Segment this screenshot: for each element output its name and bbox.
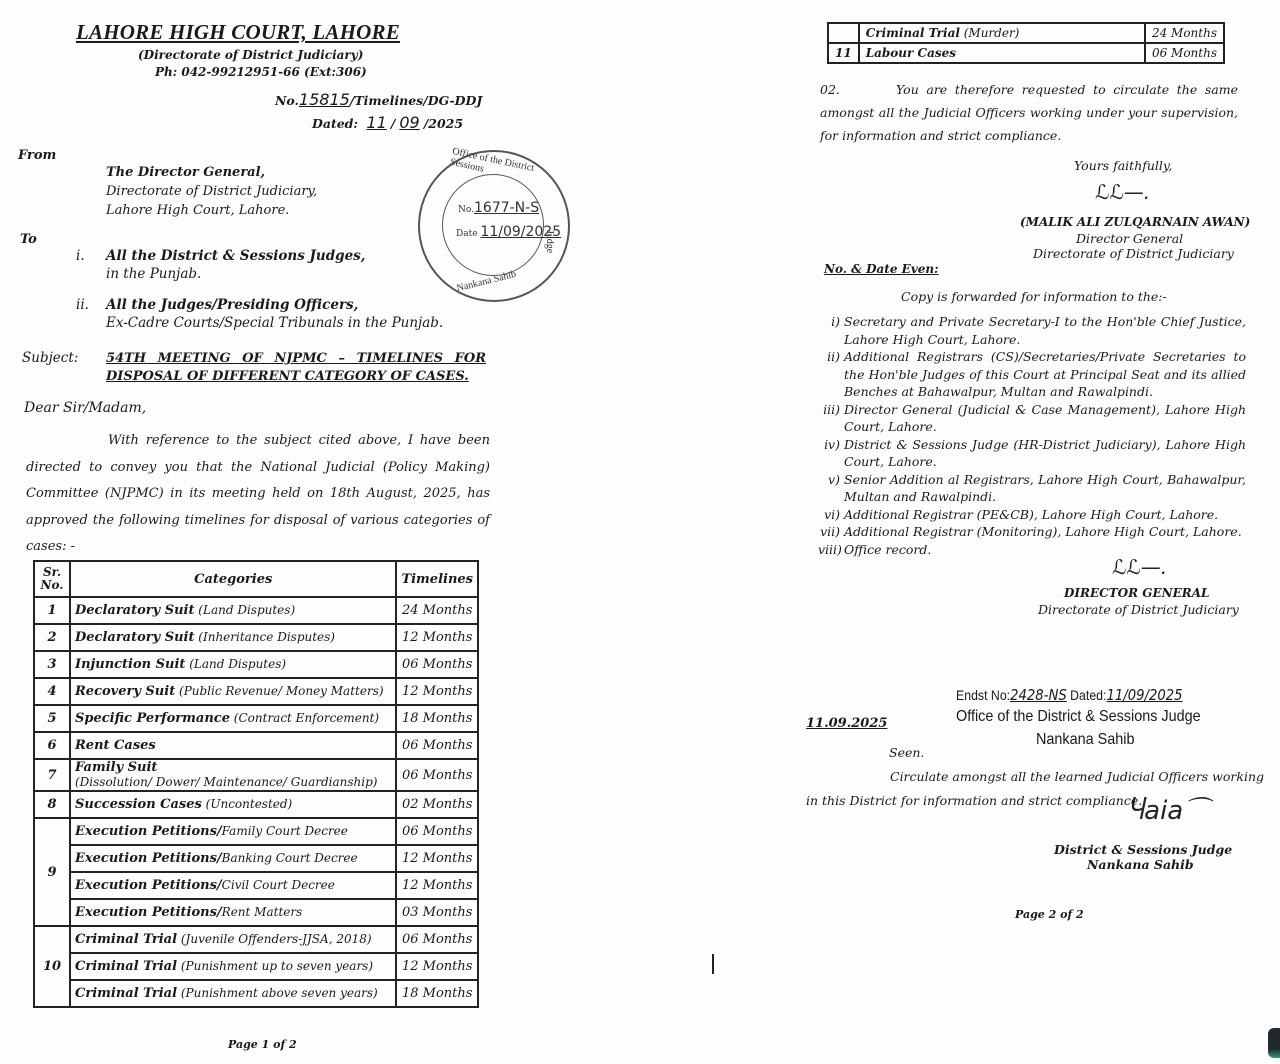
copy-recipient-text: District & Sessions Judge (HR-District J… bbox=[844, 437, 1246, 470]
category-main: Succession Cases bbox=[75, 797, 202, 812]
document-page-1: LAHORE HIGH COURT, LAHORE (Directorate o… bbox=[0, 0, 640, 1064]
table-row: 8Succession Cases (Uncontested)02 Months bbox=[34, 791, 478, 818]
category-main: Execution Petitions/ bbox=[75, 905, 222, 920]
stamp-number-value: 1677-N-S bbox=[474, 200, 539, 216]
reference-suffix: /Timelines/DG-DDJ bbox=[350, 93, 482, 108]
copy-recipient-text: Senior Addition al Registrars, Lahore Hi… bbox=[844, 472, 1246, 505]
row-serial: 5 bbox=[34, 705, 70, 732]
copy-recipient-text: Office record. bbox=[844, 542, 931, 557]
header-sr-no: Sr. No. bbox=[34, 561, 70, 597]
copy-recipient-text: Additional Registrar (Monitoring), Lahor… bbox=[844, 524, 1242, 539]
copy-recipient: v)Senior Addition al Registrars, Lahore … bbox=[818, 471, 1246, 506]
copy-recipient-number: iv) bbox=[818, 436, 840, 454]
category-qualifier: (Inheritance Disputes) bbox=[194, 630, 335, 644]
header-timelines: Timelines bbox=[396, 561, 478, 597]
row-serial: 3 bbox=[34, 651, 70, 678]
recipient-line: Ex-Cadre Courts/Special Tribunals in the… bbox=[106, 314, 443, 332]
category-main: Injunction Suit bbox=[75, 657, 185, 672]
row-timeline: 18 Months bbox=[396, 705, 478, 732]
row-timeline: 06 Months bbox=[396, 651, 478, 678]
row-category: Execution Petitions/Rent Matters bbox=[70, 899, 396, 926]
category-main: Specific Performance bbox=[75, 711, 230, 726]
copy-recipient-number: ii) bbox=[818, 348, 840, 366]
row-serial: 8 bbox=[34, 791, 70, 818]
category-qualifier: (Juvenile Offenders-JJSA, 2018) bbox=[177, 932, 372, 946]
copy-recipient-text: Additional Registrar (PE&CB), Lahore Hig… bbox=[844, 507, 1218, 522]
letter-date: Dated: 11/09/2025 bbox=[312, 113, 463, 132]
row-serial bbox=[828, 23, 859, 43]
endst-dated-value: 11/09/2025 bbox=[1106, 686, 1182, 704]
table-row: Criminal Trial (Murder)24 Months bbox=[828, 23, 1224, 43]
category-qualifier: (Murder) bbox=[960, 26, 1019, 40]
category-qualifier: (Land Disputes) bbox=[185, 657, 286, 671]
signature-sessions-judge: Ⴗaia⌒ bbox=[1128, 790, 1209, 827]
from-label: From bbox=[18, 148, 56, 163]
paragraph-number: 02. bbox=[820, 78, 896, 101]
table-header-row: Sr. No. Categories Timelines bbox=[34, 561, 478, 597]
category-main: Rent Cases bbox=[75, 738, 156, 753]
copy-recipient: ii)Additional Registrars (CS)/Secretarie… bbox=[818, 348, 1246, 401]
from-line: Directorate of District Judiciary, bbox=[106, 182, 317, 201]
endorsement-office-place: Nankana Sahib bbox=[1036, 731, 1134, 749]
page-number: Page 2 of 2 bbox=[1015, 908, 1084, 921]
recipient-item: i. All the District & Sessions Judges, i… bbox=[106, 247, 366, 283]
row-serial: 6 bbox=[34, 732, 70, 759]
copy-recipient-number: viii) bbox=[818, 541, 840, 559]
category-qualifier: (Dissolution/ Dower/ Maintenance/ Guardi… bbox=[75, 775, 377, 789]
reference-prefix: No. bbox=[275, 93, 299, 108]
endst-label: Endst No: bbox=[956, 687, 1010, 703]
signer-title: District & Sessions Judge bbox=[1054, 842, 1232, 857]
table-row: 1Declaratory Suit (Land Disputes)24 Mont… bbox=[34, 597, 478, 624]
copy-recipient: vii)Additional Registrar (Monitoring), L… bbox=[818, 523, 1246, 541]
table-row: 3Injunction Suit (Land Disputes)06 Month… bbox=[34, 651, 478, 678]
row-category: Injunction Suit (Land Disputes) bbox=[70, 651, 396, 678]
copy-recipient-number: vii) bbox=[818, 523, 840, 541]
category-qualifier: Family Court Decree bbox=[222, 824, 348, 838]
header-categories: Categories bbox=[70, 561, 396, 597]
recipient-number: ii. bbox=[76, 296, 89, 314]
category-main: Execution Petitions/ bbox=[75, 878, 222, 893]
endorsement-seen: Seen. bbox=[889, 745, 924, 760]
copy-recipient: viii)Office record. bbox=[818, 541, 1246, 559]
row-category: Execution Petitions/Civil Court Decree bbox=[70, 872, 396, 899]
letterhead-subtitle: (Directorate of District Judiciary) bbox=[138, 48, 363, 62]
row-category: Criminal Trial (Murder) bbox=[859, 23, 1145, 43]
category-qualifier: Civil Court Decree bbox=[222, 878, 335, 892]
endorsement-date: 11.09.2025 bbox=[806, 716, 887, 731]
row-timeline: 12 Months bbox=[396, 624, 478, 651]
row-timeline: 06 Months bbox=[1145, 43, 1224, 63]
row-timeline: 12 Months bbox=[396, 845, 478, 872]
category-qualifier: (Punishment up to seven years) bbox=[177, 959, 373, 973]
row-timeline: 03 Months bbox=[396, 899, 478, 926]
row-serial: 1 bbox=[34, 597, 70, 624]
row-timeline: 12 Months bbox=[396, 678, 478, 705]
row-category: Criminal Trial (Punishment up to seven y… bbox=[70, 953, 396, 980]
signature-director-general-2: ℒℒ—. bbox=[1112, 555, 1167, 579]
table-row: 11Labour Cases06 Months bbox=[828, 43, 1224, 63]
table-row: 7Family Suit(Dissolution/ Dower/ Mainten… bbox=[34, 759, 478, 791]
row-category: Criminal Trial (Juvenile Offenders-JJSA,… bbox=[70, 926, 396, 953]
stamp-number: No.1677-N-S bbox=[458, 200, 539, 216]
row-timeline: 18 Months bbox=[396, 980, 478, 1007]
category-qualifier: Banking Court Decree bbox=[222, 851, 358, 865]
subject-text: 54TH MEETING OF NJPMC – TIMELINES FOR DI… bbox=[106, 350, 486, 386]
row-timeline: 06 Months bbox=[396, 926, 478, 953]
stamp-date: Date 11/09/2025 bbox=[456, 224, 561, 240]
category-qualifier: (Punishment above seven years) bbox=[177, 986, 378, 1000]
to-label: To bbox=[20, 232, 37, 247]
category-main: Execution Petitions/ bbox=[75, 851, 222, 866]
copy-recipient-number: v) bbox=[818, 471, 840, 489]
stamp-date-value: 11/09/2025 bbox=[480, 224, 561, 240]
stamp-date-label: Date bbox=[456, 229, 478, 239]
row-timeline: 06 Months bbox=[396, 759, 478, 791]
copy-recipient-number: i) bbox=[818, 313, 840, 331]
timelines-table: Sr. No. Categories Timelines 1Declarator… bbox=[33, 560, 479, 1008]
endst-value: 2428-NS bbox=[1010, 686, 1067, 704]
from-address: The Director General, Directorate of Dis… bbox=[106, 163, 317, 220]
table-row: 10Criminal Trial (Juvenile Offenders-JJS… bbox=[34, 926, 478, 953]
row-timeline: 12 Months bbox=[396, 953, 478, 980]
copy-recipient: i)Secretary and Private Secretary-I to t… bbox=[818, 313, 1246, 348]
category-qualifier: (Contract Enforcement) bbox=[230, 711, 379, 725]
category-main: Labour Cases bbox=[866, 46, 956, 60]
row-serial: 9 bbox=[34, 818, 70, 926]
letterhead-phone: Ph: 042-99212951-66 (Ext:306) bbox=[155, 65, 367, 79]
row-category: Criminal Trial (Punishment above seven y… bbox=[70, 980, 396, 1007]
row-timeline: 02 Months bbox=[396, 791, 478, 818]
receipt-stamp: Office of the District Sessions Nankana … bbox=[418, 150, 570, 302]
row-timeline: 06 Months bbox=[396, 818, 478, 845]
row-timeline: 24 Months bbox=[1145, 23, 1224, 43]
row-serial: 10 bbox=[34, 926, 70, 1007]
category-main: Criminal Trial bbox=[866, 26, 960, 40]
category-main: Criminal Trial bbox=[75, 986, 177, 1001]
date-day: 11 bbox=[362, 113, 390, 132]
from-line: Lahore High Court, Lahore. bbox=[106, 201, 317, 220]
letterhead-title: LAHORE HIGH COURT, LAHORE bbox=[76, 20, 400, 45]
row-timeline: 12 Months bbox=[396, 872, 478, 899]
row-timeline: 06 Months bbox=[396, 732, 478, 759]
dg-title: DIRECTOR GENERAL bbox=[1064, 586, 1209, 600]
row-category: Rent Cases bbox=[70, 732, 396, 759]
body-paragraph: With reference to the subject cited abov… bbox=[26, 428, 490, 561]
row-category: Labour Cases bbox=[859, 43, 1145, 63]
category-main: Execution Petitions/ bbox=[75, 824, 222, 839]
signer-place: Nankana Sahib bbox=[1087, 857, 1194, 872]
row-category: Succession Cases (Uncontested) bbox=[70, 791, 396, 818]
recipient-line: All the Judges/Presiding Officers, bbox=[106, 296, 443, 314]
table-row: Execution Petitions/Banking Court Decree… bbox=[34, 845, 478, 872]
category-qualifier: Rent Matters bbox=[222, 905, 303, 919]
stamp-number-label: No. bbox=[458, 205, 474, 215]
copy-recipient-text: Additional Registrars (CS)/Secretaries/P… bbox=[844, 349, 1246, 399]
timelines-table-continued-body: Criminal Trial (Murder)24 Months11Labour… bbox=[828, 23, 1224, 63]
category-qualifier: (Public Revenue/ Money Matters) bbox=[175, 684, 383, 698]
copy-recipient: iii)Director General (Judicial & Case Ma… bbox=[818, 401, 1246, 436]
copy-recipients-list: i)Secretary and Private Secretary-I to t… bbox=[818, 313, 1246, 558]
page-number: Page 1 of 2 bbox=[228, 1038, 297, 1051]
category-main: Declaratory Suit bbox=[75, 630, 194, 645]
row-timeline: 24 Months bbox=[396, 597, 478, 624]
row-category: Declaratory Suit (Land Disputes) bbox=[70, 597, 396, 624]
endorsement-office: Office of the District & Sessions Judge bbox=[956, 708, 1201, 726]
row-serial: 7 bbox=[34, 759, 70, 791]
copy-recipient: iv)District & Sessions Judge (HR-Distric… bbox=[818, 436, 1246, 471]
signature-director-general: ℒℒ—. bbox=[1095, 180, 1150, 204]
row-category: Execution Petitions/Family Court Decree bbox=[70, 818, 396, 845]
copy-forward-intro: Copy is forwarded for information to the… bbox=[901, 289, 1167, 304]
paragraph-02: 02.You are therefore requested to circul… bbox=[820, 78, 1238, 147]
row-category: Recovery Suit (Public Revenue/ Money Mat… bbox=[70, 678, 396, 705]
recipient-line: in the Punjab. bbox=[106, 265, 366, 283]
category-main: Criminal Trial bbox=[75, 932, 177, 947]
signatory-organization: Directorate of District Judiciary bbox=[1033, 246, 1234, 261]
timelines-table-continued: Criminal Trial (Murder)24 Months11Labour… bbox=[827, 22, 1225, 64]
dg-organization: Directorate of District Judiciary bbox=[1038, 602, 1239, 617]
table-row: 5Specific Performance (Contract Enforcem… bbox=[34, 705, 478, 732]
date-label: Dated: bbox=[312, 116, 358, 131]
category-main: Declaratory Suit bbox=[75, 603, 194, 618]
category-main: Recovery Suit bbox=[75, 684, 175, 699]
closing: Yours faithfully, bbox=[1074, 158, 1172, 173]
recipient-line: All the District & Sessions Judges, bbox=[106, 247, 366, 265]
table-row: 4Recovery Suit (Public Revenue/ Money Ma… bbox=[34, 678, 478, 705]
no-date-even: No. & Date Even: bbox=[824, 262, 939, 276]
copy-recipient-number: iii) bbox=[818, 401, 840, 419]
reference-number: No.15815/Timelines/DG-DDJ bbox=[275, 90, 482, 109]
copy-recipient-number: vi) bbox=[818, 506, 840, 524]
row-category: Execution Petitions/Banking Court Decree bbox=[70, 845, 396, 872]
timelines-table-body: 1Declaratory Suit (Land Disputes)24 Mont… bbox=[34, 597, 478, 1007]
category-main: Family Suit bbox=[75, 760, 157, 775]
salutation: Dear Sir/Madam, bbox=[24, 400, 146, 416]
table-row: Criminal Trial (Punishment up to seven y… bbox=[34, 953, 478, 980]
row-serial: 11 bbox=[828, 43, 859, 63]
copy-recipient-text: Director General (Judicial & Case Manage… bbox=[844, 402, 1246, 435]
table-row: Execution Petitions/Rent Matters03 Month… bbox=[34, 899, 478, 926]
from-line: The Director General, bbox=[106, 163, 317, 182]
endst-dated-label: Dated: bbox=[1070, 687, 1106, 703]
table-row: Criminal Trial (Punishment above seven y… bbox=[34, 980, 478, 1007]
copy-recipient-text: Secretary and Private Secretary-I to the… bbox=[844, 314, 1246, 347]
endorsement-number: Endst No:2428-NS Dated:11/09/2025 bbox=[956, 686, 1183, 704]
date-month: 09 bbox=[395, 113, 423, 132]
document-page-2: Criminal Trial (Murder)24 Months11Labour… bbox=[640, 0, 1280, 1064]
category-qualifier: (Land Disputes) bbox=[194, 603, 295, 617]
app-badge-icon[interactable] bbox=[1268, 1028, 1280, 1058]
row-category: Specific Performance (Contract Enforceme… bbox=[70, 705, 396, 732]
row-serial: 4 bbox=[34, 678, 70, 705]
signatory-name: (MALIK ALI ZULQARNAIN AWAN) bbox=[1020, 215, 1250, 229]
date-year: /2025 bbox=[424, 116, 463, 131]
category-main: Criminal Trial bbox=[75, 959, 177, 974]
category-qualifier: (Uncontested) bbox=[202, 797, 292, 811]
table-row: 6Rent Cases06 Months bbox=[34, 732, 478, 759]
row-serial: 2 bbox=[34, 624, 70, 651]
signatory-title: Director General bbox=[1076, 231, 1183, 246]
copy-recipient: vi)Additional Registrar (PE&CB), Lahore … bbox=[818, 506, 1246, 524]
subject-label: Subject: bbox=[22, 350, 78, 366]
row-category: Family Suit(Dissolution/ Dower/ Maintena… bbox=[70, 759, 396, 791]
row-category: Declaratory Suit (Inheritance Disputes) bbox=[70, 624, 396, 651]
table-row: 2Declaratory Suit (Inheritance Disputes)… bbox=[34, 624, 478, 651]
recipient-number: i. bbox=[76, 247, 85, 265]
table-row: 9Execution Petitions/Family Court Decree… bbox=[34, 818, 478, 845]
reference-handwritten-number: 15815 bbox=[299, 90, 350, 109]
table-row: Execution Petitions/Civil Court Decree12… bbox=[34, 872, 478, 899]
scan-mark bbox=[712, 954, 714, 974]
recipient-item: ii. All the Judges/Presiding Officers, E… bbox=[106, 296, 443, 332]
